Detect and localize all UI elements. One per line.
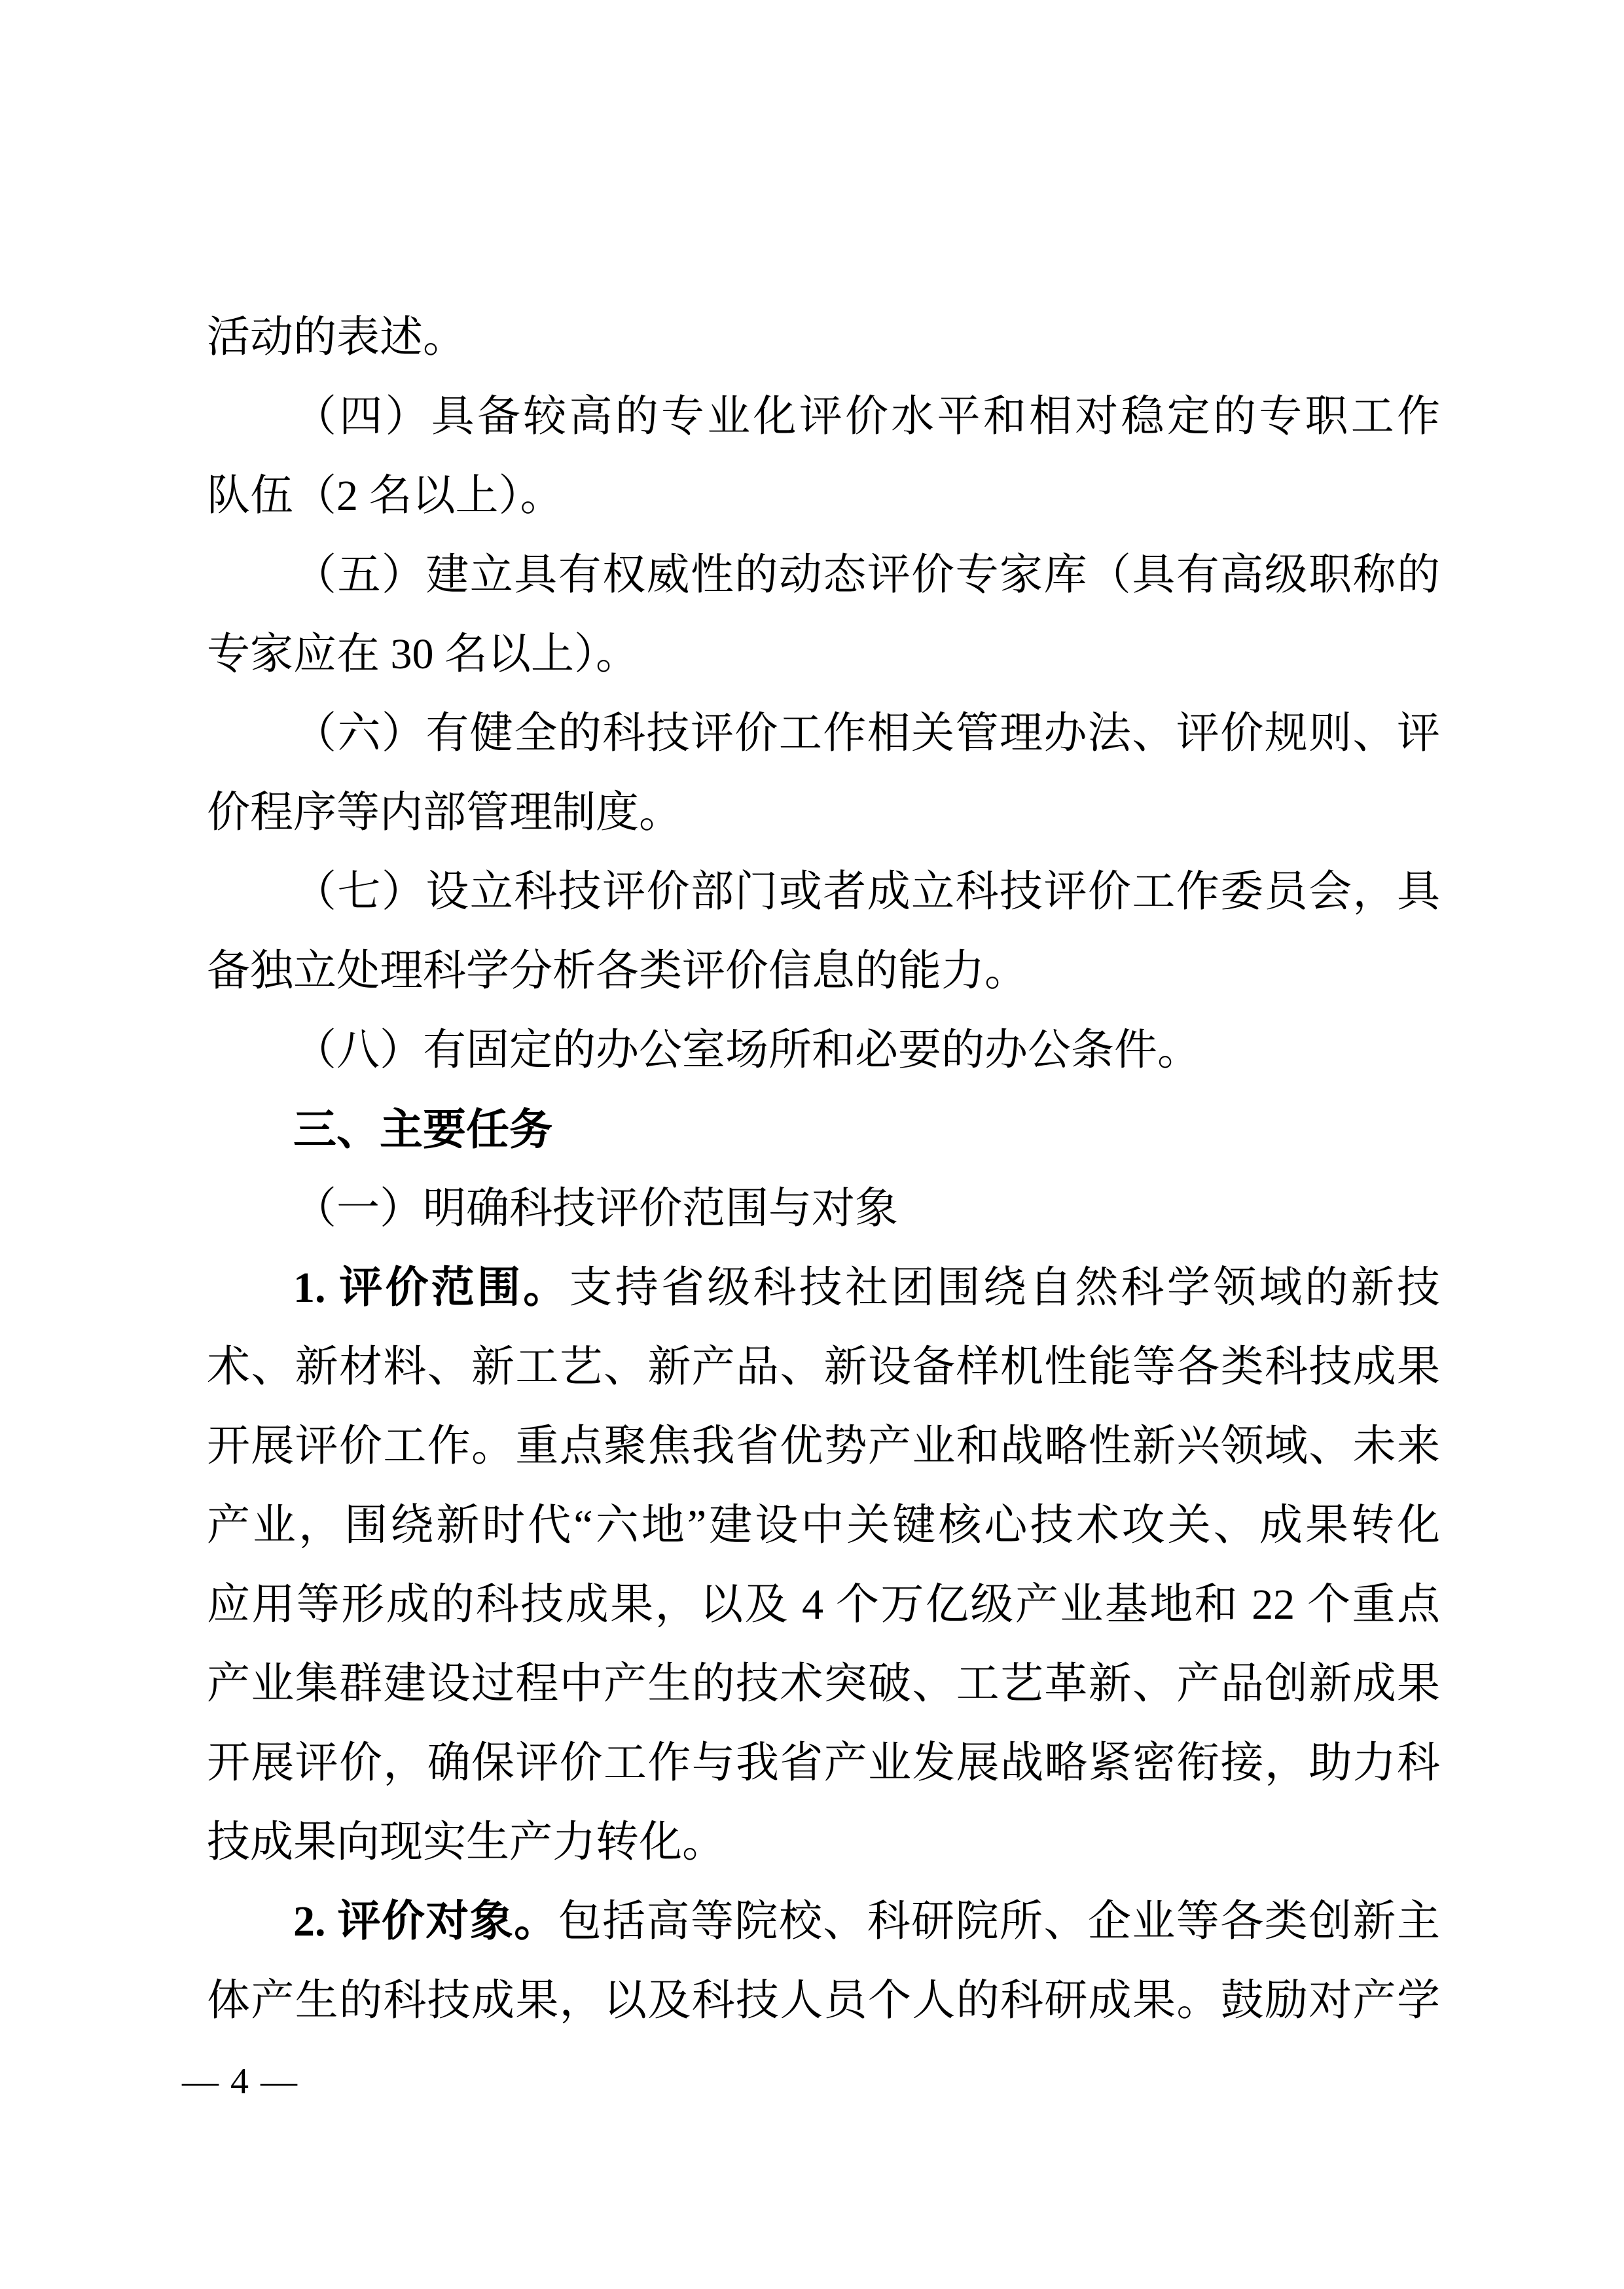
text-segment: 开展评价，确保评价工作与我省产业发展战略紧密衔接，助力科: [207, 1739, 1440, 1787]
text-line: 活动的表述。: [207, 298, 1440, 377]
text-line: 体产生的科技成果，以及科技人员个人的科研成果。鼓励对产学: [207, 1961, 1440, 2040]
text-segment: 应用等形成的科技成果，以及 4 个万亿级产业基地和 22 个重点: [207, 1581, 1440, 1629]
text-line: 术、新材料、新工艺、新产品、新设备样机性能等各类科技成果: [207, 1327, 1440, 1407]
text-line: （五）建立具有权威性的动态评价专家库（具有高级职称的: [207, 535, 1440, 615]
text-segment: （六）有健全的科技评价工作相关管理办法、评价规则、评: [293, 710, 1440, 757]
text-line: 应用等形成的科技成果，以及 4 个万亿级产业基地和 22 个重点: [207, 1565, 1440, 1644]
text-segment: 术、新材料、新工艺、新产品、新设备样机性能等各类科技成果: [207, 1343, 1440, 1391]
text-line: 技成果向现实生产力转化。: [207, 1803, 1440, 1882]
text-segment: 体产生的科技成果，以及科技人员个人的科研成果。鼓励对产学: [207, 1977, 1440, 2025]
document-body: 活动的表述。（四）具备较高的专业化评价水平和相对稳定的专职工作队伍（2 名以上）…: [207, 298, 1440, 2040]
section-heading-line: 三、主要任务: [207, 1090, 1440, 1169]
text-line: 产业集群建设过程中产生的技术突破、工艺革新、产品创新成果: [207, 1644, 1440, 1723]
text-line: （四）具备较高的专业化评价水平和相对稳定的专职工作: [207, 377, 1440, 456]
sub-heading-line: （一）明确科技评价范围与对象: [207, 1169, 1440, 1248]
text-segment: 活动的表述。: [207, 314, 466, 361]
page-number: — 4 —: [182, 2060, 298, 2103]
text-line: 产业，围绕新时代“六地”建设中关键核心技术攻关、成果转化: [207, 1486, 1440, 1565]
text-line: （七）设立科技评价部门或者成立科技评价工作委员会，具: [207, 852, 1440, 931]
bold-run-in-text: 三、主要任务: [293, 1105, 552, 1153]
text-line: 开展评价工作。重点聚焦我省优势产业和战略性新兴领域、未来: [207, 1407, 1440, 1486]
text-segment: 产业，围绕新时代“六地”建设中关键核心技术攻关、成果转化: [207, 1502, 1440, 1549]
text-line: 2. 评价对象。包括高等院校、科研院所、企业等各类创新主: [207, 1882, 1440, 1961]
text-line: 队伍（2 名以上）。: [207, 456, 1440, 535]
text-segment: 技成果向现实生产力转化。: [207, 1818, 725, 1866]
text-line: 1. 评价范围。支持省级科技社团围绕自然科学领域的新技: [207, 1248, 1440, 1327]
bold-run-in-text: 1. 评价范围。: [293, 1264, 569, 1312]
text-segment: 价程序等内部管理制度。: [207, 789, 682, 837]
text-segment: 开展评价工作。重点聚焦我省优势产业和战略性新兴领域、未来: [207, 1422, 1440, 1470]
text-segment: 包括高等院校、科研院所、企业等各类创新主: [558, 1898, 1440, 1945]
text-segment: （四）具备较高的专业化评价水平和相对稳定的专职工作: [293, 393, 1440, 441]
text-line: 备独立处理科学分析各类评价信息的能力。: [207, 931, 1440, 1011]
text-segment: （五）建立具有权威性的动态评价专家库（具有高级职称的: [293, 551, 1440, 599]
text-line: （六）有健全的科技评价工作相关管理办法、评价规则、评: [207, 694, 1440, 773]
text-segment: 支持省级科技社团围绕自然科学领域的新技: [569, 1264, 1441, 1312]
text-segment: 专家应在 30 名以上）。: [207, 630, 639, 678]
text-line: （八）有固定的办公室场所和必要的办公条件。: [207, 1011, 1440, 1090]
text-line: 专家应在 30 名以上）。: [207, 615, 1440, 694]
text-line: 价程序等内部管理制度。: [207, 773, 1440, 852]
text-segment: （一）明确科技评价范围与对象: [293, 1185, 898, 1233]
text-segment: 产业集群建设过程中产生的技术突破、工艺革新、产品创新成果: [207, 1660, 1440, 1708]
text-segment: （八）有固定的办公室场所和必要的办公条件。: [293, 1026, 1200, 1074]
text-segment: 队伍（2 名以上）。: [207, 472, 564, 520]
text-segment: 备独立处理科学分析各类评价信息的能力。: [207, 947, 1028, 995]
document-page: 活动的表述。（四）具备较高的专业化评价水平和相对稳定的专职工作队伍（2 名以上）…: [0, 0, 1624, 2289]
text-line: 开展评价，确保评价工作与我省产业发展战略紧密衔接，助力科: [207, 1723, 1440, 1803]
text-segment: （七）设立科技评价部门或者成立科技评价工作委员会，具: [293, 868, 1440, 916]
bold-run-in-text: 2. 评价对象。: [293, 1898, 558, 1945]
